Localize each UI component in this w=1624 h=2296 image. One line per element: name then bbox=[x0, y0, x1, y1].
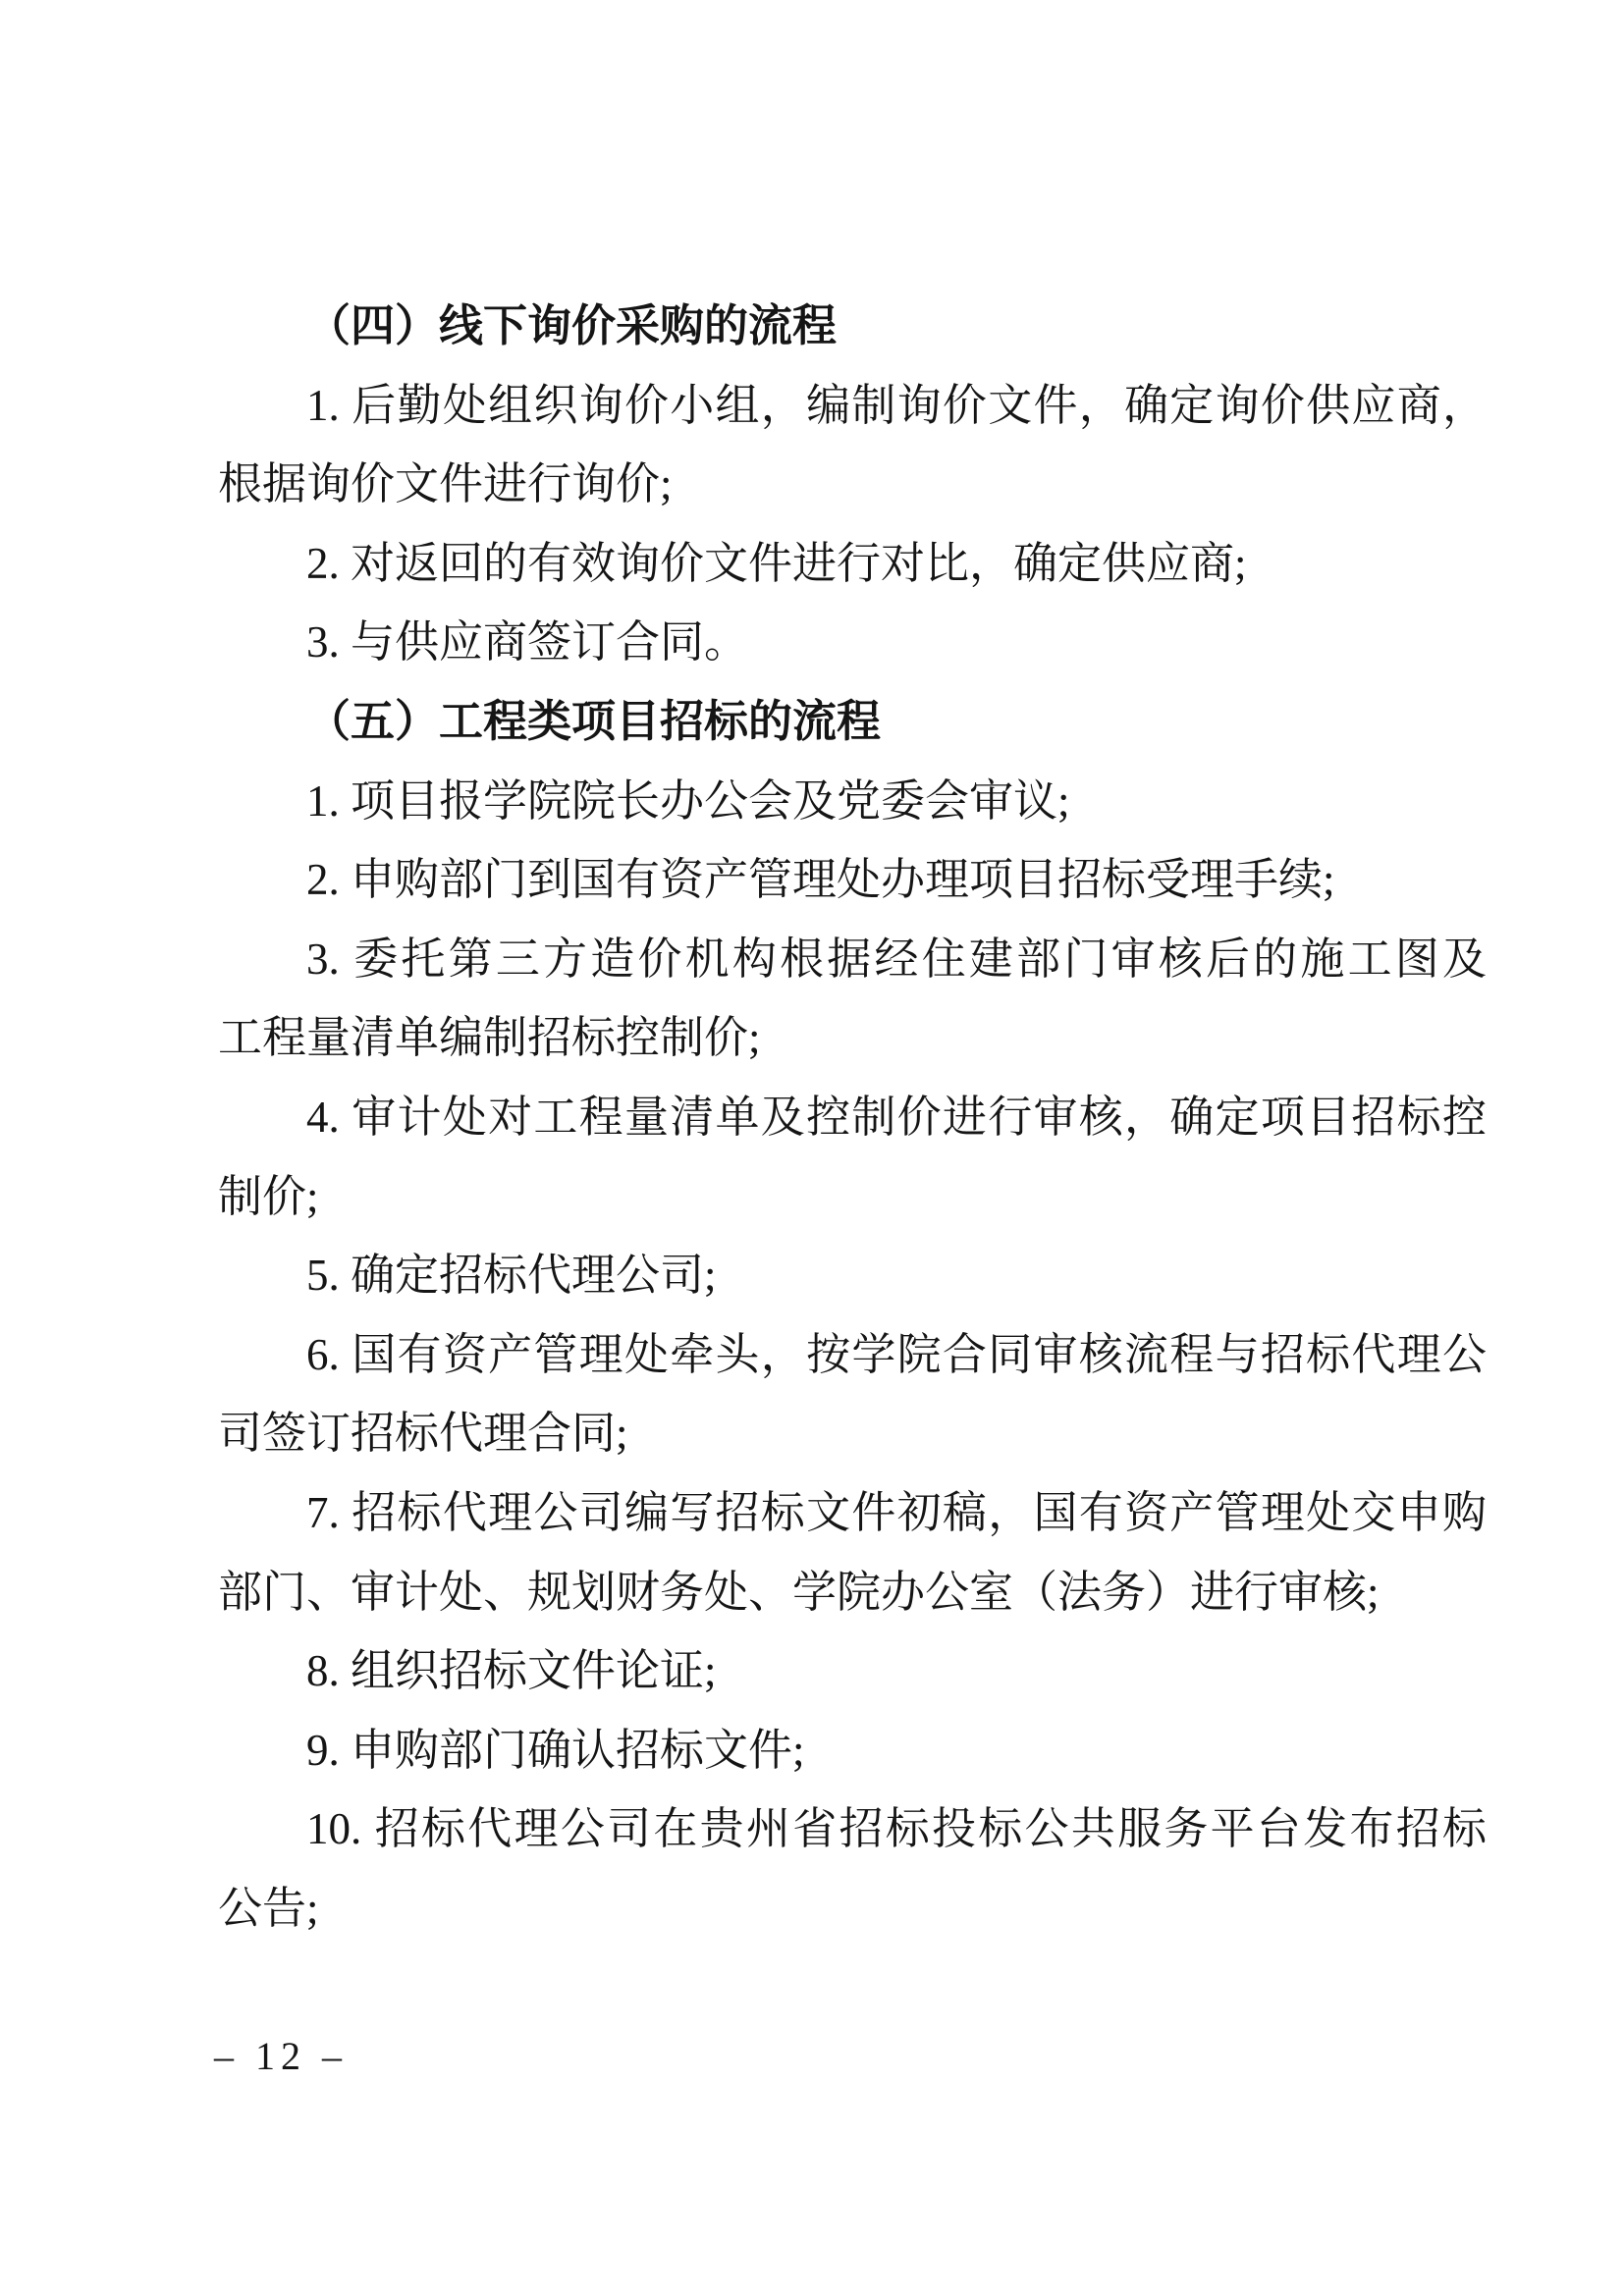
document-line: 3. 委托第三方造价机构根据经住建部门审核后的施工图及 bbox=[218, 920, 1487, 999]
page-number: – 12 – bbox=[214, 2032, 348, 2081]
document-line: 8. 组织招标文件论证; bbox=[218, 1631, 1487, 1711]
section-heading-5: （五）工程类项目招标的流程 bbox=[218, 682, 1487, 762]
document-line: 2. 申购部门到国有资产管理处办理项目招标受理手续; bbox=[218, 840, 1487, 920]
document-line: 3. 与供应商签订合同。 bbox=[218, 603, 1487, 682]
document-line: 根据询价文件进行询价; bbox=[218, 445, 1487, 524]
document-line: 1. 后勤处组织询价小组，编制询价文件，确定询价供应商， bbox=[218, 366, 1487, 446]
document-line: 公告; bbox=[218, 1869, 1487, 1949]
document-line: 司签订招标代理合同; bbox=[218, 1394, 1487, 1473]
document-line: 制价; bbox=[218, 1157, 1487, 1237]
document-line: 部门、审计处、规划财务处、学院办公室（法务）进行审核; bbox=[218, 1553, 1487, 1632]
document-page: （四）线下询价采购的流程 1. 后勤处组织询价小组，编制询价文件，确定询价供应商… bbox=[0, 0, 1624, 2296]
document-line: 7. 招标代理公司编写招标文件初稿，国有资产管理处交申购 bbox=[218, 1473, 1487, 1553]
document-line: 6. 国有资产管理处牵头，按学院合同审核流程与招标代理公 bbox=[218, 1315, 1487, 1395]
document-text: （四）线下询价采购的流程 1. 后勤处组织询价小组，编制询价文件，确定询价供应商… bbox=[218, 287, 1487, 1948]
document-line: 2. 对返回的有效询价文件进行对比，确定供应商; bbox=[218, 524, 1487, 604]
section-heading-4: （四）线下询价采购的流程 bbox=[218, 287, 1487, 366]
document-line: 10. 招标代理公司在贵州省招标投标公共服务平台发布招标 bbox=[218, 1789, 1487, 1869]
document-line: 4. 审计处对工程量清单及控制价进行审核，确定项目招标控 bbox=[218, 1078, 1487, 1157]
document-line: 工程量清单编制招标控制价; bbox=[218, 998, 1487, 1078]
document-line: 9. 申购部门确认招标文件; bbox=[218, 1711, 1487, 1790]
document-line: 1. 项目报学院院长办公会及党委会审议; bbox=[218, 762, 1487, 841]
document-line: 5. 确定招标代理公司; bbox=[218, 1236, 1487, 1315]
